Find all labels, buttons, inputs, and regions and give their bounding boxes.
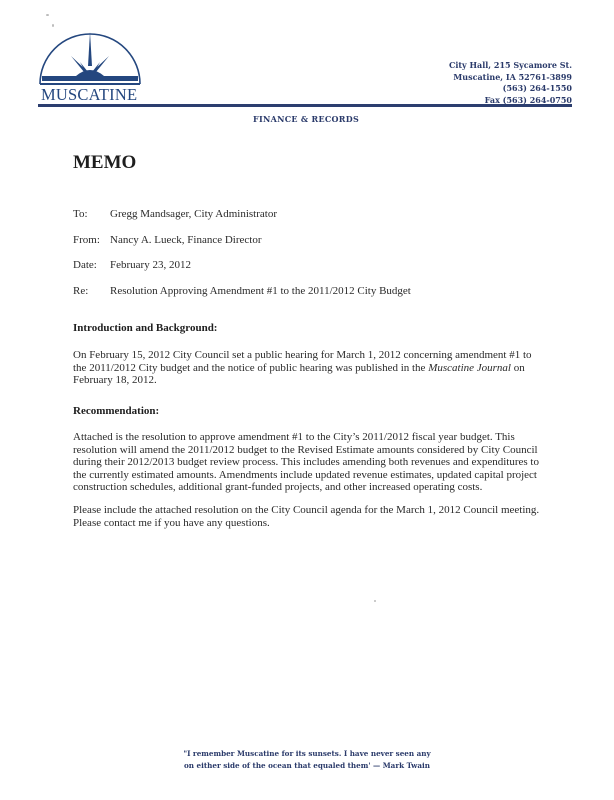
scan-speck xyxy=(46,14,49,16)
from-value: Nancy A. Lueck, Finance Director xyxy=(110,234,262,246)
newspaper-name: Muscatine Journal xyxy=(428,362,511,374)
address-line: City Hall, 215 Sycamore St. xyxy=(449,60,572,72)
recommendation-paragraph: Attached is the resolution to approve am… xyxy=(73,431,543,494)
city-hall-address: City Hall, 215 Sycamore St. Muscatine, I… xyxy=(449,60,572,106)
memo-subject-row: Re:Resolution Approving Amendment #1 to … xyxy=(73,285,411,297)
re-value: Resolution Approving Amendment #1 to the… xyxy=(110,285,411,297)
memo-date-row: Date:February 23, 2012 xyxy=(73,259,191,271)
address-line: Muscatine, IA 52761-3899 xyxy=(449,72,572,84)
memo-to-row: To:Gregg Mandsager, City Administrator xyxy=(73,208,277,220)
re-label: Re: xyxy=(73,285,110,297)
sunrise-logo-icon xyxy=(38,26,142,88)
recommendation-heading: Recommendation: xyxy=(73,405,159,417)
memo-from-row: From:Nancy A. Lueck, Finance Director xyxy=(73,234,262,246)
date-label: Date: xyxy=(73,259,110,271)
quote-line: "I remember Muscatine for its sunsets. I… xyxy=(0,748,614,760)
request-paragraph: Please include the attached resolution o… xyxy=(73,504,543,529)
quote-line: on either side of the ocean that equaled… xyxy=(0,760,614,772)
phone-line: (563) 264-1550 xyxy=(449,83,572,95)
fax-line: Fax (563) 264-0750 xyxy=(449,95,572,107)
intro-heading: Introduction and Background: xyxy=(73,322,217,334)
from-label: From: xyxy=(73,234,110,246)
logo-wordmark: MUSCATINE xyxy=(41,85,137,105)
date-value: February 23, 2012 xyxy=(110,259,191,271)
intro-paragraph: On February 15, 2012 City Council set a … xyxy=(73,349,543,387)
memo-title: MEMO xyxy=(73,152,136,174)
footer-quote: "I remember Muscatine for its sunsets. I… xyxy=(0,748,614,772)
scan-speck xyxy=(374,600,376,602)
department-name: FINANCE & RECORDS xyxy=(253,114,359,124)
to-label: To: xyxy=(73,208,110,220)
to-value: Gregg Mandsager, City Administrator xyxy=(110,208,277,220)
